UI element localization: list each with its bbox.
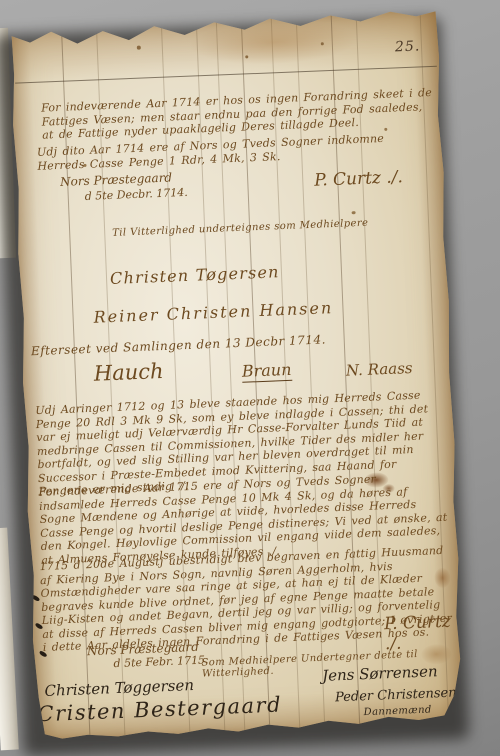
witness-name-christen-togersen: Christen Tøgersen [110, 262, 280, 288]
witness-intro-line: Til Vitterlighed underteignes som Medhie… [112, 218, 369, 239]
manuscript-page: 25. For indeværende Aar 1714 er hos os i… [8, 8, 466, 741]
witness-name-reiner-christen-hansen: Reiner Christen Hansen [93, 298, 333, 327]
attestor-note: Dannemænd [363, 704, 431, 718]
review-line: Efterseet ved Samlingen den 13 Decbr 171… [31, 332, 326, 358]
attestor-peder-christensen: Peder Christensen [335, 685, 457, 705]
signature-raass: N. Raass [346, 359, 413, 380]
signature-hauch: Hauch [93, 359, 164, 386]
foxing-spot [321, 42, 324, 45]
signature-p-curtz: P. Curtz ./. [314, 167, 403, 191]
header-rule-line [15, 66, 437, 84]
entry-1714-date: d 5te Decbr. 1714. [84, 186, 187, 203]
foxing-spot [352, 211, 356, 214]
manuscript-photo: 25. For indeværende Aar 1714 er hos os i… [0, 0, 500, 756]
signature-braun: Braun [242, 360, 292, 383]
attestor-jens-sorrensen: Jens Sørrensen [322, 662, 438, 685]
stain [188, 17, 360, 68]
foxing-spot [245, 55, 248, 58]
entry-1715-date: d 5te Febr. 1715. [113, 653, 209, 670]
page-number: 25. [395, 38, 421, 55]
foxing-spot [137, 46, 141, 50]
